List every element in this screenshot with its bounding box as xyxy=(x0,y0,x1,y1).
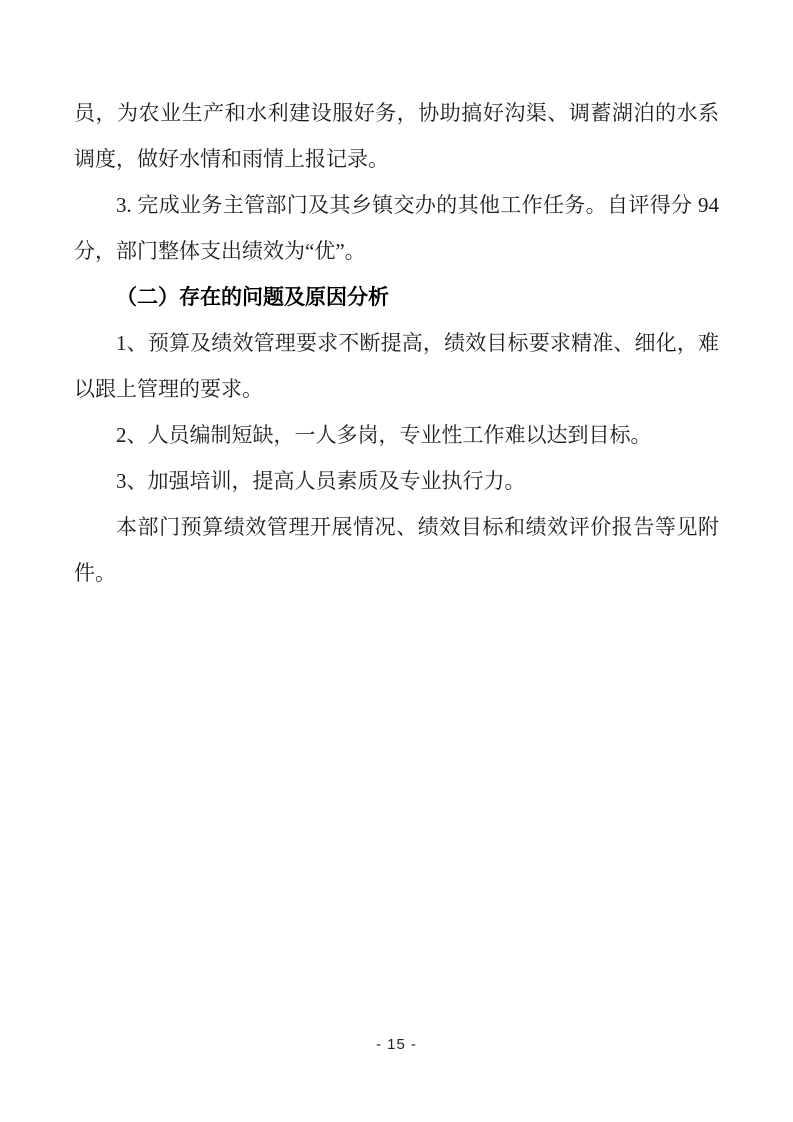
body-paragraph-issue-3: 3、加强培训，提高人员素质及专业执行力。 xyxy=(74,458,719,504)
document-body: 员，为农业生产和水利建设服好务，协助搞好沟渠、调蓄湖泊的水系调度，做好水情和雨情… xyxy=(0,0,793,596)
body-paragraph-continuation: 员，为农业生产和水利建设服好务，协助搞好沟渠、调蓄湖泊的水系调度，做好水情和雨情… xyxy=(74,90,719,182)
section-heading: （二）存在的问题及原因分析 xyxy=(74,274,719,320)
body-paragraph-issue-2: 2、人员编制短缺，一人多岗，专业性工作难以达到目标。 xyxy=(74,412,719,458)
body-paragraph-task3: 3. 完成业务主管部门及其乡镇交办的其他工作任务。自评得分 94 分，部门整体支… xyxy=(74,182,719,274)
page-number: - 15 - xyxy=(0,1036,793,1053)
body-paragraph-issue-1: 1、预算及绩效管理要求不断提高，绩效目标要求精准、细化，难以跟上管理的要求。 xyxy=(74,320,719,412)
body-paragraph-closing: 本部门预算绩效管理开展情况、绩效目标和绩效评价报告等见附件。 xyxy=(74,504,719,596)
document-page: 员，为农业生产和水利建设服好务，协助搞好沟渠、调蓄湖泊的水系调度，做好水情和雨情… xyxy=(0,0,793,1122)
